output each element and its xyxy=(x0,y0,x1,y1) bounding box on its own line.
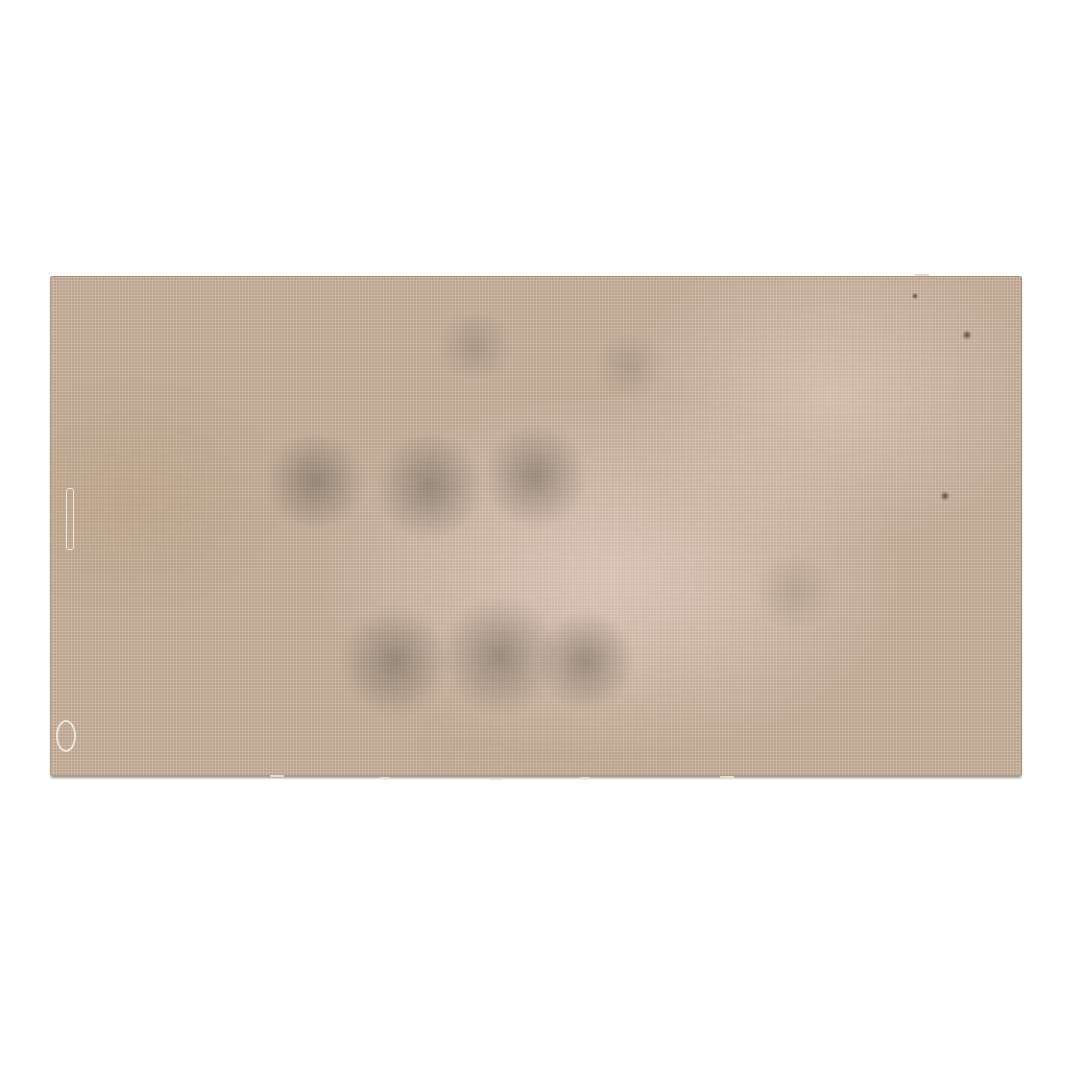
fringe-thread xyxy=(270,775,284,777)
linen-panel xyxy=(50,276,1022,776)
fringe-thread xyxy=(380,777,390,779)
dark-spot xyxy=(962,330,972,340)
loose-thread xyxy=(66,488,74,550)
loose-thread xyxy=(56,720,76,752)
bleed-through-mark xyxy=(540,606,630,716)
bleed-through-mark xyxy=(590,336,670,396)
fringe-thread xyxy=(915,274,929,276)
bleed-through-mark xyxy=(430,316,520,376)
bleed-through-mark xyxy=(260,436,370,526)
dark-spot xyxy=(940,491,950,501)
fringe-thread xyxy=(720,776,734,778)
bleed-through-mark xyxy=(370,436,490,536)
bleed-through-mark xyxy=(750,556,840,626)
fringe-thread xyxy=(580,777,590,779)
bleed-through-mark xyxy=(340,606,450,716)
bleed-through-mark xyxy=(480,426,590,526)
fringe-thread xyxy=(490,778,502,780)
dark-spot xyxy=(912,292,918,300)
